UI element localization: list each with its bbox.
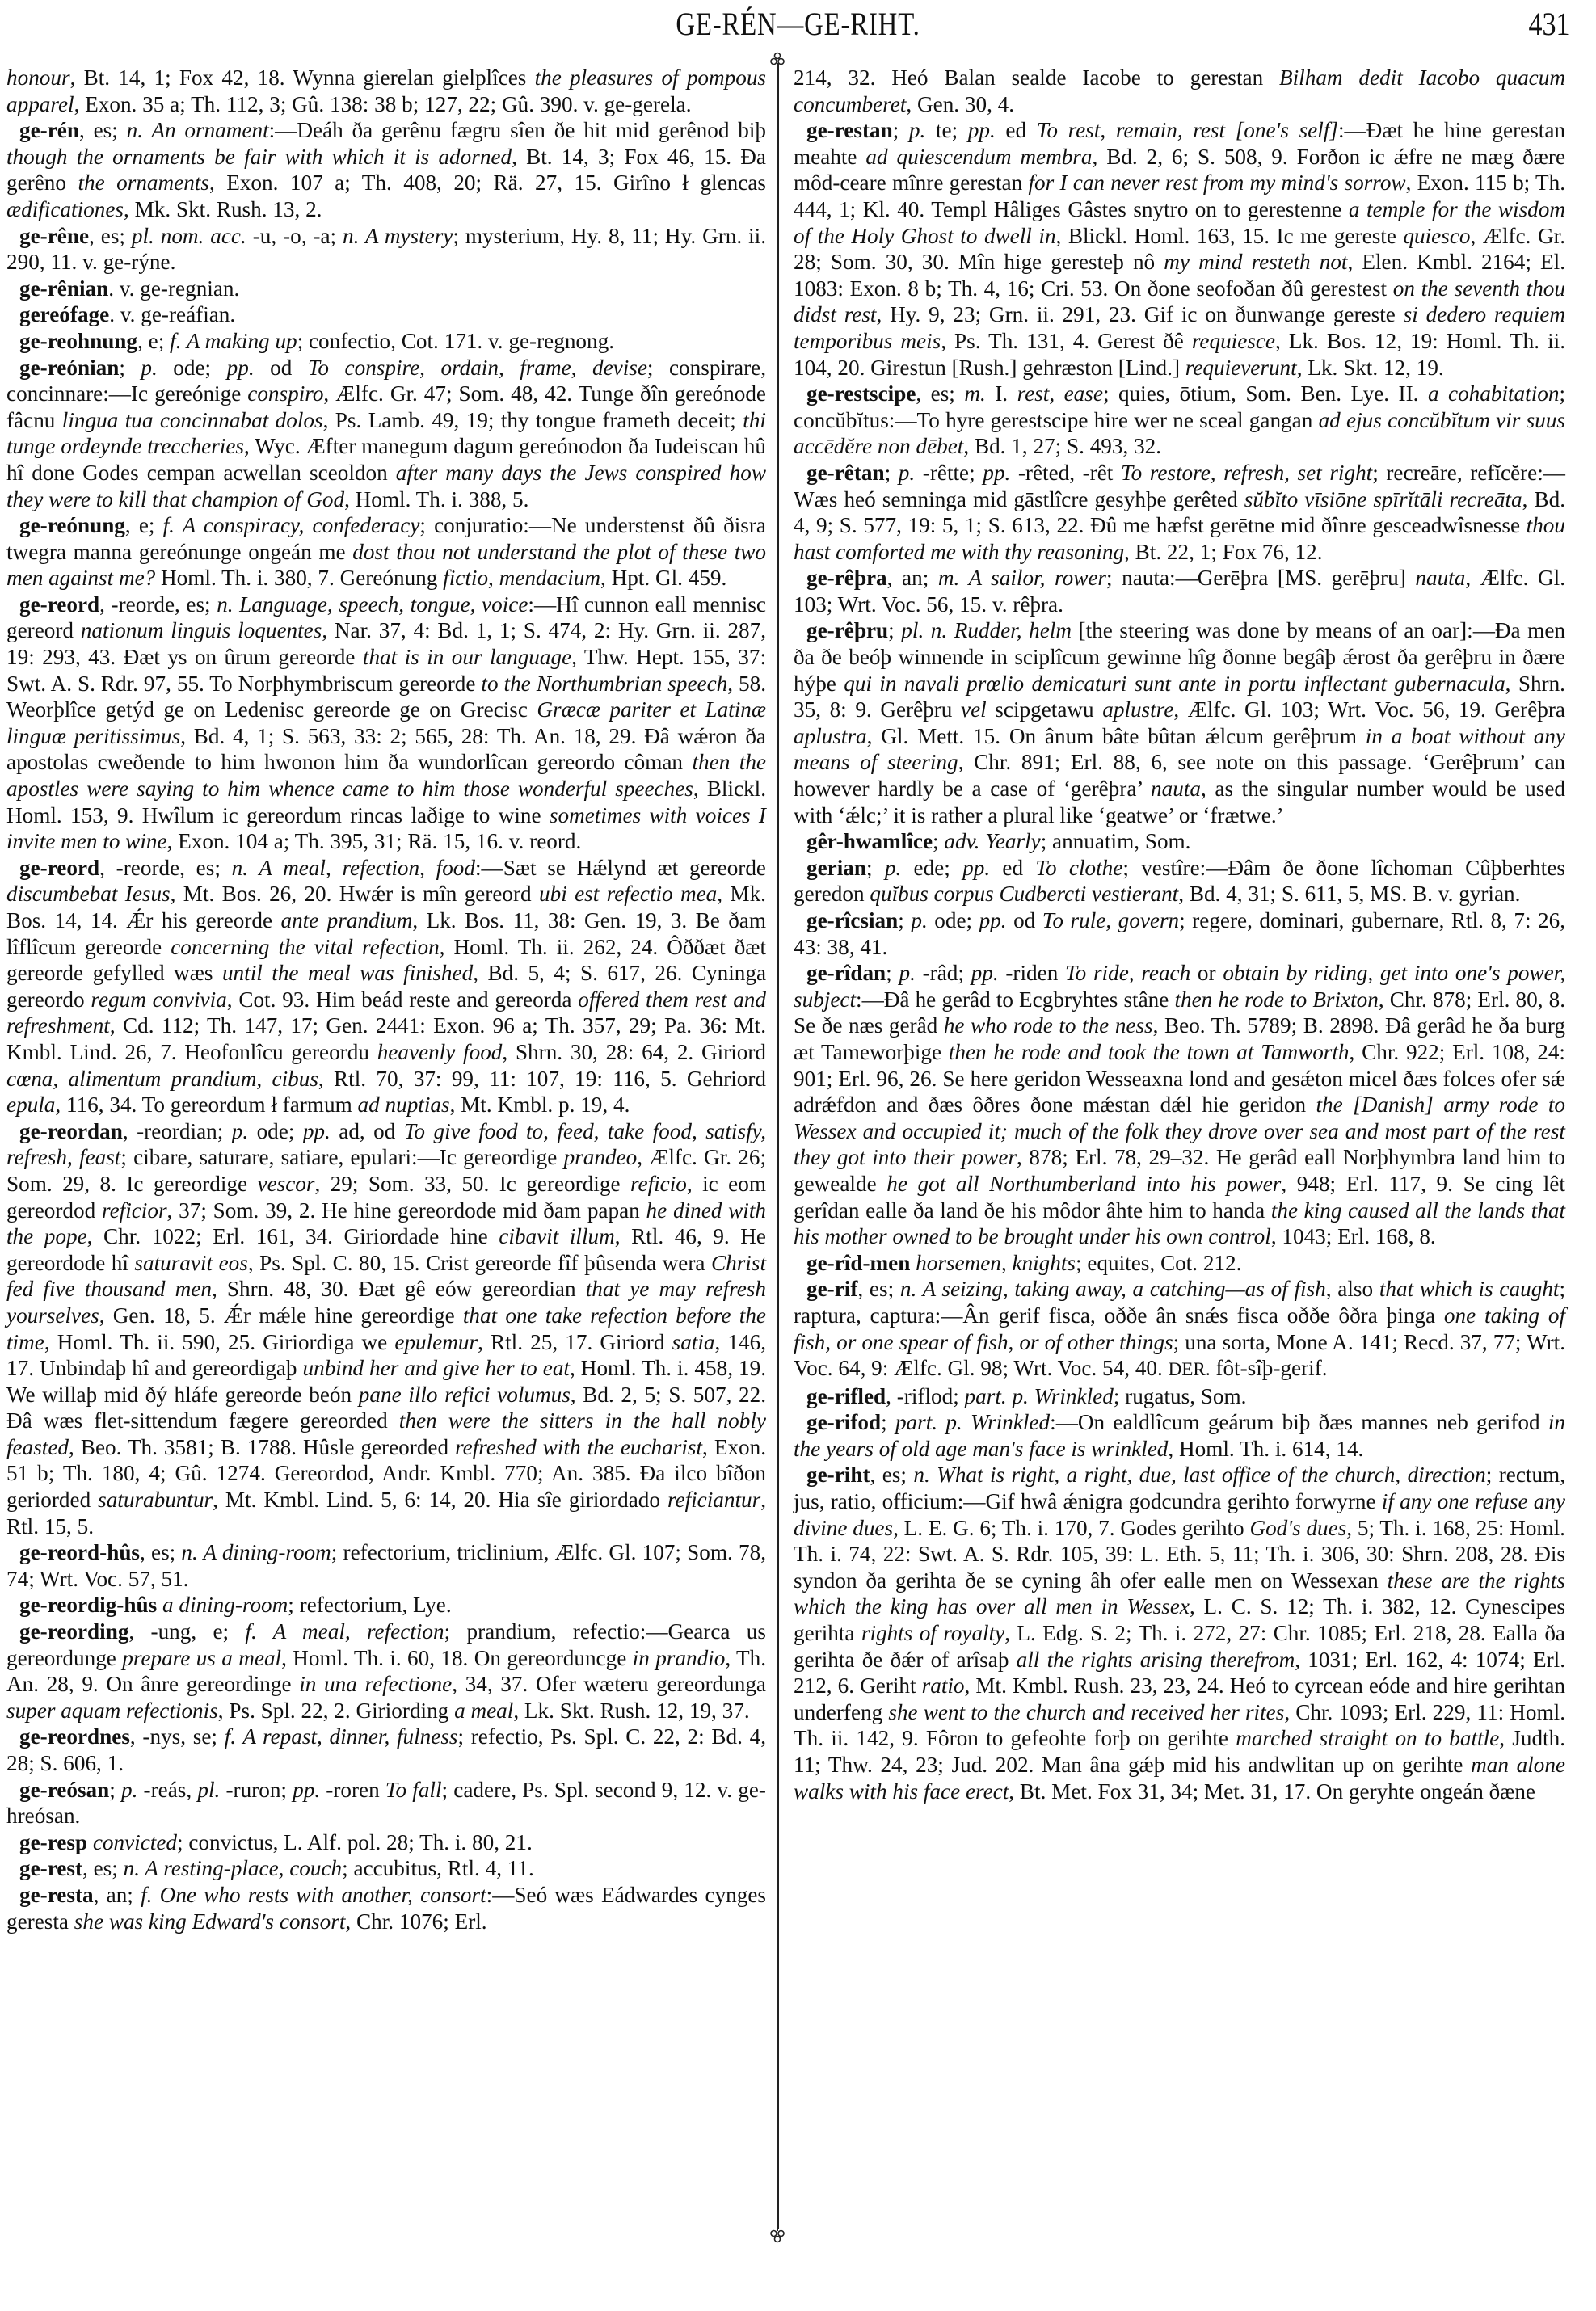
entry-text: , Mk. Skt. Rush. 13, 2.	[124, 197, 322, 221]
entry-text: , Ps. Lamb. 49, 19; thy tongue frameth d…	[323, 408, 743, 432]
entry-text: , Gen. 18, 5. Ǽr mǽle hine gereordige	[99, 1303, 463, 1328]
entry-headword: ge-reordnes	[19, 1724, 130, 1749]
entry-text: scipgetawu	[987, 697, 1103, 722]
entry-text: , Hpt. Gl. 459.	[600, 566, 726, 590]
column-divider	[777, 63, 779, 2229]
dictionary-entry: ge-riht, es; n. What is right, a right, …	[794, 1462, 1565, 1804]
entry-text: , Lk. Skt. Rush. 12, 19, 37.	[513, 1699, 749, 1723]
entry-gloss: a cohabitation	[1428, 381, 1560, 406]
entry-text: -reás,	[137, 1778, 197, 1802]
entry-text: ;	[119, 356, 141, 380]
entry-gloss: convicted	[93, 1830, 177, 1854]
entry-gloss: that is in our language	[363, 645, 571, 669]
dictionary-entry: ge-reónian; p. ode; pp. od To conspire, …	[6, 355, 766, 513]
dictionary-entry: ge-rif, es; n. A seizing, taking away, a…	[794, 1276, 1565, 1383]
entry-text: ;	[893, 118, 909, 142]
entry-text: -rêted, -rêt	[1010, 461, 1121, 485]
entry-headword: ge-reordig-hûs	[19, 1593, 157, 1617]
entry-text: or	[1190, 961, 1223, 985]
entry-gloss: ædificationes	[6, 197, 124, 221]
dictionary-entry: ge-reord, -reorde, es; n. A meal, refect…	[6, 855, 766, 1118]
entry-gloss: reficior	[102, 1198, 167, 1223]
entry-gloss: cibavit illum	[499, 1224, 614, 1248]
entry-gloss: lingua tua concinnabat dolos	[62, 408, 323, 432]
entry-text: ;	[881, 1410, 895, 1434]
entry-text: , Chr. 1076; Erl.	[345, 1909, 486, 1934]
entry-text: , es;	[79, 118, 127, 142]
dictionary-entry: ge-reording, -ung, e; f. A meal, refecti…	[6, 1619, 766, 1724]
entry-headword: ge-reohnung	[19, 329, 137, 353]
dictionary-entry: gereófage. v. ge-reáfian.	[6, 301, 766, 328]
dictionary-entry: gêr-hwamlîce; adv. Yearly; annuatim, Som…	[794, 828, 1565, 855]
entry-headword: ge-resta	[19, 1883, 94, 1907]
entry-gloss: p.	[141, 356, 157, 380]
entry-text: , Shrn. 48, 30. Ðæt gê eów gereordian	[212, 1277, 586, 1301]
entry-gloss: in prandio	[633, 1646, 726, 1670]
entry-gloss: my mind resteth not	[1164, 250, 1347, 274]
entry-gloss: f. A meal, refection	[245, 1619, 444, 1644]
entry-gloss: for I can never rest from my mind's sorr…	[1028, 170, 1405, 195]
entry-text: , 34, 37. Ofer wæteru gereordunga	[452, 1672, 766, 1696]
entry-text: , also	[1326, 1277, 1379, 1301]
entry-text: , Bd. 1, 27; S. 493, 32.	[963, 434, 1161, 458]
entry-gloss: f. A making up	[170, 329, 297, 353]
entry-text: , L. E. G. 6; Th. i. 170, 7. Godes gerih…	[893, 1516, 1249, 1540]
entry-gloss: vel	[961, 697, 987, 722]
entry-gloss: m.	[964, 381, 985, 406]
dictionary-entry: ge-rîd-men horsemen, knights; equites, C…	[794, 1250, 1565, 1277]
entry-text: , Beo. Th. 3581; B. 1788. Hûsle gereorde…	[69, 1435, 455, 1459]
entry-text: , Mt. Bos. 26, 20. Hwǽr is mîn gereord	[171, 882, 539, 906]
entry-gloss: part. p. Wrinkled	[965, 1384, 1114, 1408]
entry-gloss: f. A conspiracy, confederacy	[163, 513, 420, 537]
entry-gloss: requieverunt	[1185, 356, 1297, 380]
entry-headword: gereófage	[19, 302, 109, 326]
entry-headword: gêr-hwamlîce	[806, 829, 933, 853]
entry-gloss: To restore, refresh, set right	[1121, 461, 1372, 485]
entry-gloss: he got all Northumberland into his power	[886, 1172, 1281, 1196]
entry-text: , Ps. Spl. C. 80, 15. Crist gereorde fîf…	[248, 1251, 711, 1275]
entry-gloss: pp.	[979, 908, 1007, 932]
entry-gloss: she was king Edward's consort	[74, 1909, 346, 1934]
entry-text: , -reorde, es;	[99, 592, 217, 617]
entry-gloss: m. A sailor, rower	[938, 566, 1106, 590]
entry-text: ad, od	[331, 1119, 404, 1143]
entry-headword: ge-rif	[806, 1277, 857, 1301]
entry-gloss: pane illo refici volumus	[359, 1383, 571, 1407]
entry-text: -ruron;	[220, 1778, 293, 1802]
dictionary-entry: ge-rén, es; n. An ornament:—Deáh ða gerê…	[6, 117, 766, 222]
dictionary-entry: ge-rêþru; pl. n. Rudder, helm [the steer…	[794, 617, 1565, 828]
entry-text: ede;	[901, 856, 962, 880]
entry-gloss: sŭbĭto vīsiōne spīrĭtāli recreāta	[1244, 487, 1522, 511]
entry-gloss: qui in navali prœlio demicaturi sunt ant…	[844, 671, 1505, 696]
entry-gloss: fictio, mendacium	[443, 566, 600, 590]
entry-headword: ge-restan	[806, 118, 893, 142]
entry-headword: ge-restscipe	[806, 381, 916, 406]
entry-gloss: quiesco	[1403, 224, 1470, 248]
entry-text: , Cot. 93. Him beád reste and gereorda	[227, 987, 578, 1012]
entry-text: , Ælfc. Gl. 103; Wrt. Voc. 56, 19. Gerêþ…	[1173, 697, 1565, 722]
entry-text: :—Deáh ða gerênu fægru sîen ðe hit mid g…	[269, 118, 766, 142]
entry-text: , e;	[137, 329, 170, 353]
entry-headword: ge-rîd-men	[806, 1251, 910, 1275]
entry-gloss: discumbebat Iesus	[6, 882, 171, 906]
entry-gloss: marched straight on to battle	[1236, 1726, 1499, 1750]
entry-text: ;	[886, 961, 899, 985]
entry-gloss: he who rode to the ness	[944, 1013, 1153, 1038]
entry-text: , Shrn. 30, 28: 64, 2. Giriord	[502, 1040, 766, 1064]
entry-text: -u, -o, -a;	[246, 224, 343, 248]
dictionary-entry: ge-rifled, -riflod; part. p. Wrinkled; r…	[794, 1383, 1565, 1410]
entry-gloss: n. A seizing, taking away, a catching—as…	[900, 1277, 1326, 1301]
entry-text: ;	[898, 908, 911, 932]
page-number: 431	[1529, 5, 1570, 43]
entry-gloss: epulemur	[394, 1330, 478, 1354]
entry-text: ; rugatus, Som.	[1114, 1384, 1247, 1408]
entry-gloss: n. Language, speech, tongue, voice	[217, 592, 528, 617]
entry-gloss: pp.	[303, 1119, 331, 1143]
entry-gloss: prepare us a meal	[122, 1646, 281, 1670]
entry-gloss: aplustre	[1102, 697, 1173, 722]
entry-gloss: that which is caught	[1379, 1277, 1560, 1301]
entry-text: ; cibare, saturare, satiare, epulari:—Ic…	[120, 1145, 563, 1169]
entry-gloss: n. A dining-room	[181, 1540, 331, 1564]
entry-gloss: unbind her and give her to eat	[303, 1356, 571, 1380]
entry-text: ; accubitus, Rtl. 4, 11.	[342, 1856, 534, 1880]
entry-text: , Hy. 9, 23; Grn. ii. 291, 23. Gif ic on…	[876, 302, 1403, 326]
entry-gloss: n. A resting-place, couch	[124, 1856, 343, 1880]
entry-text: :—Ðâ he gerâd to Ecgbryhtes stâne	[856, 987, 1174, 1012]
dictionary-entry: ge-rifod; part. p. Wrinkled:—On ealdlîcu…	[794, 1409, 1565, 1462]
entry-gloss: pp.	[293, 1778, 320, 1802]
entry-gloss: ante prandium	[280, 908, 412, 932]
entry-text: DER.	[1169, 1359, 1211, 1380]
entry-gloss: she went to the church and received her …	[888, 1700, 1284, 1724]
entry-gloss: nauta	[1151, 777, 1201, 801]
entry-gloss: to the Northumbrian speech	[481, 671, 727, 696]
entry-text: , Ps. Spl. 22, 2. Giriording	[218, 1699, 454, 1723]
dictionary-entry: ge-resp convicted; convictus, L. Alf. po…	[6, 1829, 766, 1856]
dictionary-entry: ge-rîcsian; p. ode; pp. od To rule, gove…	[794, 907, 1565, 960]
entry-text: ; convictus, L. Alf. pol. 28; Th. i. 80,…	[177, 1830, 533, 1854]
entry-gloss: God's dues	[1249, 1516, 1346, 1540]
entry-text	[87, 1830, 93, 1854]
dictionary-entry: ge-restan; p. te; pp. ed To rest, remain…	[794, 117, 1565, 381]
entry-text: , e;	[125, 513, 163, 537]
entry-headword: ge-resp	[19, 1830, 87, 1854]
entry-text: , 29; Som. 33, 50. Ic gereordige	[314, 1172, 630, 1196]
entry-text: , an;	[94, 1883, 141, 1907]
entry-gloss: reficio	[630, 1172, 687, 1196]
entry-gloss: To rest, remain, rest [one's self]	[1037, 118, 1338, 142]
entry-text: ; confectio, Cot. 171. v. ge-regnong.	[297, 329, 614, 353]
entry-text	[157, 1593, 162, 1617]
entry-gloss: satia	[672, 1330, 715, 1354]
entry-text: ; refectorium, Lye.	[288, 1593, 451, 1617]
entry-gloss: pl. nom. acc.	[132, 224, 246, 248]
entry-headword: ge-rênian	[19, 276, 108, 301]
entry-gloss: the ornaments	[78, 170, 209, 195]
entry-text: :—On ealdlîcum geárum biþ ðæs mannes neb…	[1050, 1410, 1548, 1434]
entry-gloss: saturavit eos	[134, 1251, 247, 1275]
entry-text: , es;	[140, 1540, 181, 1564]
entry-text: ode;	[158, 356, 227, 380]
entry-text: , 1043; Erl. 168, 8.	[1271, 1224, 1436, 1248]
entry-text: fôt-sîþ-gerif.	[1211, 1356, 1328, 1380]
dictionary-entry: ge-reohnung, e; f. A making up; confecti…	[6, 328, 766, 355]
entry-headword: ge-reording	[19, 1619, 128, 1644]
entry-gloss: f. A repast, dinner, fulness	[225, 1724, 458, 1749]
entry-text: , Rtl. 25, 17. Giriord	[478, 1330, 672, 1354]
page-header: GE-RÉN—GE-RIHT. 431	[0, 0, 1596, 52]
entry-text: od	[1007, 908, 1042, 932]
dictionary-entry: 214, 32. Heó Balan sealde Iacobe to gere…	[794, 65, 1565, 117]
entry-gloss: horsemen, knights	[916, 1251, 1076, 1275]
entry-gloss: ubi est refectio mea	[539, 882, 717, 906]
entry-gloss: pl. n. Rudder, helm	[901, 618, 1072, 642]
entry-gloss: ad quiescendum membra	[865, 145, 1092, 169]
entry-text: , Exon. 104 a; Th. 395, 31; Rä. 15, 16. …	[167, 829, 582, 853]
entry-gloss: in una refectione	[299, 1672, 452, 1696]
entry-text: , es;	[89, 224, 132, 248]
entry-gloss: ratio	[922, 1673, 965, 1698]
entry-text: , Gen. 30, 4.	[906, 92, 1014, 116]
entry-gloss: pp.	[962, 856, 990, 880]
entry-text: od	[255, 356, 308, 380]
entry-text: -râd;	[916, 961, 971, 985]
entry-gloss: a dining-room	[162, 1593, 288, 1617]
dictionary-entry: ge-reósan; p. -reás, pl. -ruron; pp. -ro…	[6, 1777, 766, 1829]
entry-text: ; equites, Cot. 212.	[1076, 1251, 1241, 1275]
entry-text: ;	[933, 829, 944, 853]
dictionary-entry: ge-restscipe, es; m. I. rest, ease; quie…	[794, 381, 1565, 460]
entry-gloss: n. An ornament	[127, 118, 269, 142]
entry-text: te;	[925, 118, 967, 142]
entry-text: , 116, 34. To gereordum ł farmum	[55, 1092, 357, 1117]
entry-text: ; annuatim, Som.	[1041, 829, 1191, 853]
entry-text: , Gl. Mett. 15. On ânum bâte bûtan ǽlcum…	[867, 724, 1366, 748]
right-column: 214, 32. Heó Balan sealde Iacobe to gere…	[794, 65, 1565, 1804]
entry-headword: ge-rîdan	[806, 961, 886, 985]
entry-text: , es;	[916, 381, 964, 406]
entry-text: ;	[109, 1778, 121, 1802]
entry-text: , Chr. 1022; Erl. 161, 34. Giriordade hi…	[87, 1224, 499, 1248]
entry-headword: ge-rêtan	[806, 461, 885, 485]
entry-text: , Blickl. Homl. 163, 15. Ic me gereste	[1056, 224, 1404, 248]
entry-gloss: quĭbus corpus Cudbercti vestierant	[870, 882, 1178, 906]
entry-gloss: prandeo	[564, 1145, 638, 1169]
dictionary-entry: gerian; p. ede; pp. ed To clothe; vestîr…	[794, 855, 1565, 907]
entry-text: , Bt. 14, 1; Fox 42, 18. Wynna gierelan …	[70, 65, 535, 90]
entry-text: ; quies, ōtium, Som. Ben. Lye. II.	[1103, 381, 1428, 406]
entry-gloss: requiesce	[1192, 329, 1275, 353]
entry-gloss: regum convivia	[91, 987, 226, 1012]
entry-headword: ge-rest	[19, 1856, 82, 1880]
entry-gloss: p.	[232, 1119, 248, 1143]
entry-gloss: n. What is right, a right, due, last off…	[913, 1463, 1485, 1487]
entry-text: Homl. Th. i. 380, 7. Gereónung	[155, 566, 443, 590]
entry-text: -rêtte;	[915, 461, 983, 485]
entry-text: , -reordian;	[123, 1119, 232, 1143]
entry-gloss: p.	[911, 908, 927, 932]
entry-text: ;	[888, 618, 901, 642]
entry-headword: ge-rêþra	[806, 566, 887, 590]
entry-gloss: then he rode and took the town at Tamwor…	[949, 1040, 1350, 1064]
entry-gloss: all the rights arising therefrom	[1017, 1648, 1295, 1672]
entry-text: , Homl. Th. i. 388, 5.	[344, 487, 528, 511]
entry-text: ode;	[248, 1119, 303, 1143]
entry-gloss: ad nuptias	[358, 1092, 450, 1117]
entry-gloss: nauta	[1415, 566, 1465, 590]
entry-text: , es;	[82, 1856, 124, 1880]
running-title: GE-RÉN—GE-RIHT.	[144, 5, 1453, 43]
entry-text: ed	[996, 118, 1037, 142]
entry-text: , Mt. Kmbl. Lind. 5, 6: 14, 20. Hia sîe …	[213, 1488, 667, 1512]
dictionary-entry: honour, Bt. 14, 1; Fox 42, 18. Wynna gie…	[6, 65, 766, 117]
entry-headword: ge-reónung	[19, 513, 125, 537]
entry-gloss: heavenly food	[377, 1040, 503, 1064]
entry-headword: ge-rifled	[806, 1384, 886, 1408]
entry-text: , Bd. 4, 31; S. 611, 5, MS. B. v. gyrian…	[1178, 882, 1520, 906]
entry-gloss: rest, ease	[1017, 381, 1103, 406]
entry-text: 214, 32. Heó Balan sealde Iacobe to gere…	[794, 65, 1279, 90]
entry-text: -roren	[320, 1778, 385, 1802]
entry-gloss: pp.	[983, 461, 1010, 485]
entry-text: , -nys, se;	[130, 1724, 225, 1749]
entry-headword: ge-reónian	[19, 356, 119, 380]
dictionary-entry: ge-rêþra, an; m. A sailor, rower; nauta:…	[794, 565, 1565, 617]
dictionary-entry: ge-rîdan; p. -râd; pp. -riden To ride, r…	[794, 960, 1565, 1250]
entry-gloss: To fall	[385, 1778, 442, 1802]
entry-text: ode;	[928, 908, 979, 932]
entry-gloss: p.	[885, 856, 901, 880]
entry-text: ;	[885, 461, 899, 485]
entry-text: , Homl. Th. ii. 590, 25. Giriordiga we	[44, 1330, 395, 1354]
entry-gloss: rights of royalty	[861, 1621, 1004, 1645]
entry-gloss: reficiantur	[667, 1488, 760, 1512]
entry-headword: ge-reósan	[19, 1778, 109, 1802]
entry-gloss: aplustra	[794, 724, 867, 748]
entry-text: , Homl. Th. i. 614, 14.	[1168, 1437, 1363, 1461]
entry-text: , -ung, e;	[128, 1619, 245, 1644]
dictionary-entry: ge-resta, an; f. One who rests with anot…	[6, 1882, 766, 1934]
entry-text: , Lk. Skt. 12, 19.	[1297, 356, 1444, 380]
entry-headword: ge-riht	[806, 1463, 870, 1487]
dictionary-entry: ge-rêtan; p. -rêtte; pp. -rêted, -rêt To…	[794, 460, 1565, 565]
entry-headword: ge-rifod	[806, 1410, 881, 1434]
entry-gloss: pp.	[227, 356, 255, 380]
entry-gloss: pp.	[968, 118, 996, 142]
entry-gloss: n. A meal, refection, food	[232, 856, 475, 880]
entry-headword: ge-rîcsian	[806, 908, 898, 932]
entry-text: . v. ge-reáfian.	[109, 302, 235, 326]
entry-text: , es;	[870, 1463, 914, 1487]
dictionary-entry: ge-reónung, e; f. A conspiracy, confeder…	[6, 512, 766, 591]
entry-gloss: p.	[899, 461, 915, 485]
entry-headword: gerian	[806, 856, 866, 880]
entry-text: , Bt. 22, 1; Fox 76, 12.	[1124, 540, 1322, 564]
entry-gloss: To conspire, ordain, frame, devise	[308, 356, 647, 380]
entry-gloss: pl.	[197, 1778, 220, 1802]
entry-text: . v. ge-regnian.	[108, 276, 239, 301]
entry-text: ; nauta:—Gerēþra [MS. gerēþru]	[1106, 566, 1415, 590]
entry-text: , Rtl. 70, 37: 99, 11: 107, 19: 116, 5. …	[318, 1067, 766, 1091]
entry-gloss: pp.	[971, 961, 999, 985]
entry-gloss: p.	[121, 1778, 137, 1802]
entry-gloss: then he rode to Brixton	[1174, 987, 1378, 1012]
entry-headword: ge-reord-hûs	[19, 1540, 140, 1564]
entry-gloss: honour	[6, 65, 70, 90]
entry-headword: ge-rêþru	[806, 618, 888, 642]
entry-headword: ge-reord	[19, 856, 99, 880]
entry-gloss: nationum linguis loquentes	[81, 618, 322, 642]
dictionary-entry: ge-rêne, es; pl. nom. acc. -u, -o, -a; n…	[6, 223, 766, 276]
entry-text: :—Sæt se Hǽlynd æt gereorde	[475, 856, 766, 880]
entry-gloss: To clothe	[1035, 856, 1122, 880]
entry-gloss: concerning the vital refection	[171, 935, 439, 959]
dictionary-entry: ge-reord-hûs, es; n. A dining-room; refe…	[6, 1539, 766, 1592]
entry-text: , an;	[887, 566, 938, 590]
entry-gloss: until the meal was finished	[222, 961, 473, 985]
entry-gloss: conspiro	[247, 381, 323, 406]
entry-text: , Exon. 107 a; Th. 408, 20; Rä. 27, 15. …	[209, 170, 766, 195]
entry-gloss: f. One who rests with another, consort	[141, 1883, 486, 1907]
entry-gloss: p.	[899, 961, 915, 985]
entry-gloss: though the ornaments be fair with which …	[6, 145, 512, 169]
entry-text: , Homl. Th. i. 60, 18. On gereorduncge	[281, 1646, 633, 1670]
entry-gloss: part. p. Wrinkled	[895, 1410, 1050, 1434]
entry-gloss: refreshed with the eucharist	[455, 1435, 702, 1459]
dictionary-entry: ge-reord, -reorde, es; n. Language, spee…	[6, 591, 766, 855]
entry-headword: ge-reordan	[19, 1119, 123, 1143]
entry-text: , Exon. 35 a; Th. 112, 3; Gû. 138: 38 b;…	[74, 92, 692, 116]
entry-gloss: adv. Yearly	[944, 829, 1040, 853]
dictionary-entry: ge-reordan, -reordian; p. ode; pp. ad, o…	[6, 1118, 766, 1540]
entry-text: , Mt. Kmbl. p. 19, 4.	[450, 1092, 630, 1117]
entry-headword: ge-reord	[19, 592, 99, 617]
entry-gloss: n. A mystery	[343, 224, 453, 248]
entry-gloss: To rule, govern	[1042, 908, 1179, 932]
left-column: honour, Bt. 14, 1; Fox 42, 18. Wynna gie…	[6, 65, 766, 1934]
column-ornament-icon	[769, 2224, 786, 2243]
entry-text: , es;	[857, 1277, 899, 1301]
entry-gloss: cœna, alimentum prandium, cibus	[6, 1067, 318, 1091]
entry-text: , Bt. Met. Fox 31, 34; Met. 31, 17. On g…	[1009, 1779, 1535, 1804]
entry-gloss: a meal	[454, 1699, 513, 1723]
entry-text: , Ps. Th. 131, 4. Gerest ðê	[941, 329, 1192, 353]
entry-text: ;	[866, 856, 885, 880]
entry-gloss: To ride, reach	[1065, 961, 1190, 985]
entry-gloss: super aquam refectionis	[6, 1699, 218, 1723]
dictionary-entry: ge-rest, es; n. A resting-place, couch; …	[6, 1855, 766, 1882]
entry-text: I.	[986, 381, 1017, 406]
dictionary-entry: ge-rênian. v. ge-regnian.	[6, 276, 766, 302]
entry-headword: ge-rén	[19, 118, 79, 142]
entry-text: ed	[990, 856, 1035, 880]
entry-gloss: saturabuntur	[98, 1488, 213, 1512]
entry-text: , -riflod;	[886, 1384, 964, 1408]
entry-gloss: epula	[6, 1092, 55, 1117]
dictionary-entry: ge-reordnes, -nys, se; f. A repast, dinn…	[6, 1724, 766, 1776]
dictionary-entry: ge-reordig-hûs a dining-room; refectoriu…	[6, 1592, 766, 1619]
entry-text: -riden	[999, 961, 1065, 985]
entry-text: , -reorde, es;	[99, 856, 231, 880]
entry-gloss: vescor	[258, 1172, 315, 1196]
entry-headword: ge-rêne	[19, 224, 89, 248]
entry-gloss: p.	[909, 118, 925, 142]
entry-text: , 37; Som. 39, 2. He hine gereordode mid…	[167, 1198, 646, 1223]
